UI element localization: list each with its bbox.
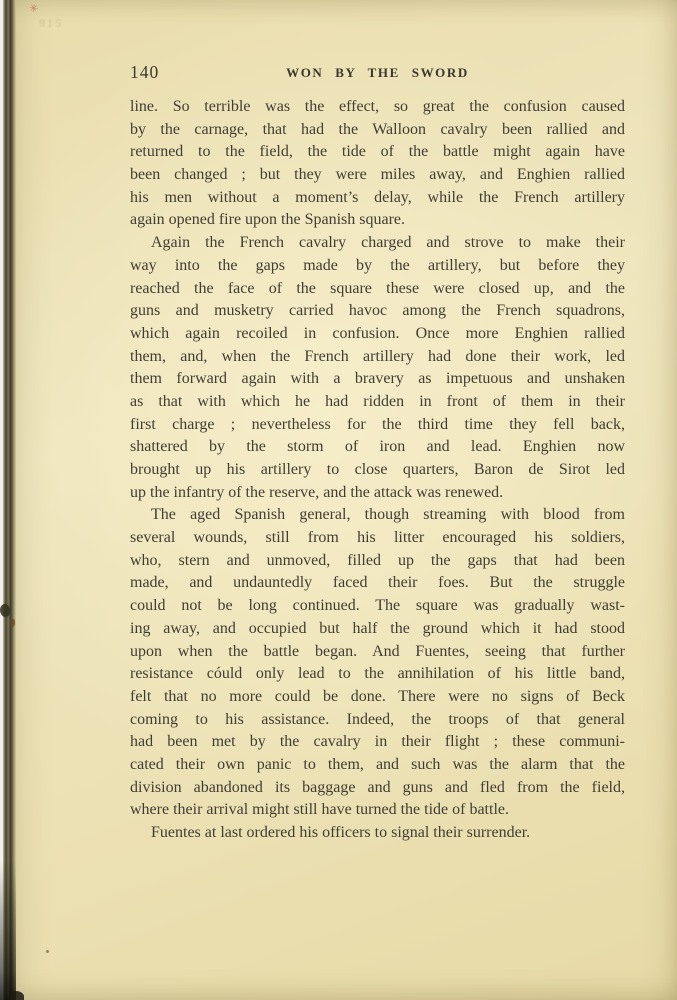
text-line: been changed ; but they were miles away,… bbox=[130, 164, 625, 187]
text-line: Fuentes at last ordered his officers to … bbox=[130, 822, 625, 845]
corner-shadow-mark bbox=[10, 991, 24, 1000]
text-line: them forward again with a bravery as imp… bbox=[130, 368, 625, 391]
text-line: brought up his artillery to close quarte… bbox=[130, 459, 625, 482]
text-line: resistance cóuld only lead to the annihi… bbox=[130, 663, 625, 686]
text-line: felt that no more could be done. There w… bbox=[130, 686, 625, 709]
text-line: coming to his assistance. Indeed, the tr… bbox=[130, 709, 625, 732]
book-page-scan: ✳ 915 140 WON BY THE SWORD line. So terr… bbox=[0, 0, 677, 1000]
book-binding-edge bbox=[0, 0, 16, 1000]
ghost-bleed-text: 915 bbox=[38, 16, 63, 31]
text-line: could not be long continued. The square … bbox=[130, 595, 625, 618]
text-line: way into the gaps made by the artillery,… bbox=[130, 255, 625, 278]
page-body-text: line. So terrible was the effect, so gre… bbox=[130, 96, 625, 845]
text-line: line. So terrible was the effect, so gre… bbox=[130, 96, 625, 119]
text-line: first charge ; nevertheless for the thir… bbox=[130, 414, 625, 437]
page-header: 140 WON BY THE SWORD bbox=[130, 62, 625, 84]
text-line: as that with which he had ridden in fron… bbox=[130, 391, 625, 414]
text-line: reached the face of the square these wer… bbox=[130, 278, 625, 301]
text-line: The aged Spanish general, though streami… bbox=[130, 504, 625, 527]
text-line: made, and undauntedly faced their foes. … bbox=[130, 572, 625, 595]
paper-dot-speck bbox=[46, 950, 49, 953]
text-line: where their arrival might still have tur… bbox=[130, 799, 625, 822]
text-line: ing away, and occupied but half the grou… bbox=[130, 618, 625, 641]
text-line: division abandoned its baggage and guns … bbox=[130, 777, 625, 800]
text-line: had been met by the cavalry in their fli… bbox=[130, 731, 625, 754]
text-line: by the carnage, that had the Walloon cav… bbox=[130, 119, 625, 142]
text-line: upon when the battle began. And Fuentes,… bbox=[130, 641, 625, 664]
text-line: up the infantry of the reserve, and the … bbox=[130, 482, 625, 505]
text-line: his men without a moment’s delay, while … bbox=[130, 187, 625, 210]
text-line: guns and musketry carried havoc among th… bbox=[130, 300, 625, 323]
running-title: WON BY THE SWORD bbox=[130, 65, 625, 81]
text-line: shattered by the storm of iron and lead.… bbox=[130, 436, 625, 459]
text-line: Again the French cavalry charged and str… bbox=[130, 232, 625, 255]
red-ink-mark: ✳ bbox=[28, 1, 39, 15]
text-line: who, stern and unmoved, filled up the ga… bbox=[130, 550, 625, 573]
text-line: them, and, when the French artillery had… bbox=[130, 346, 625, 369]
text-line: which again recoiled in confusion. Once … bbox=[130, 323, 625, 346]
text-line: again opened fire upon the Spanish squar… bbox=[130, 209, 625, 232]
text-line: cated their own panic to them, and such … bbox=[130, 754, 625, 777]
page-content: 140 WON BY THE SWORD line. So terrible w… bbox=[130, 62, 625, 845]
text-line: returned to the field, the tide of the b… bbox=[130, 141, 625, 164]
text-line: several wounds, still from his litter en… bbox=[130, 527, 625, 550]
